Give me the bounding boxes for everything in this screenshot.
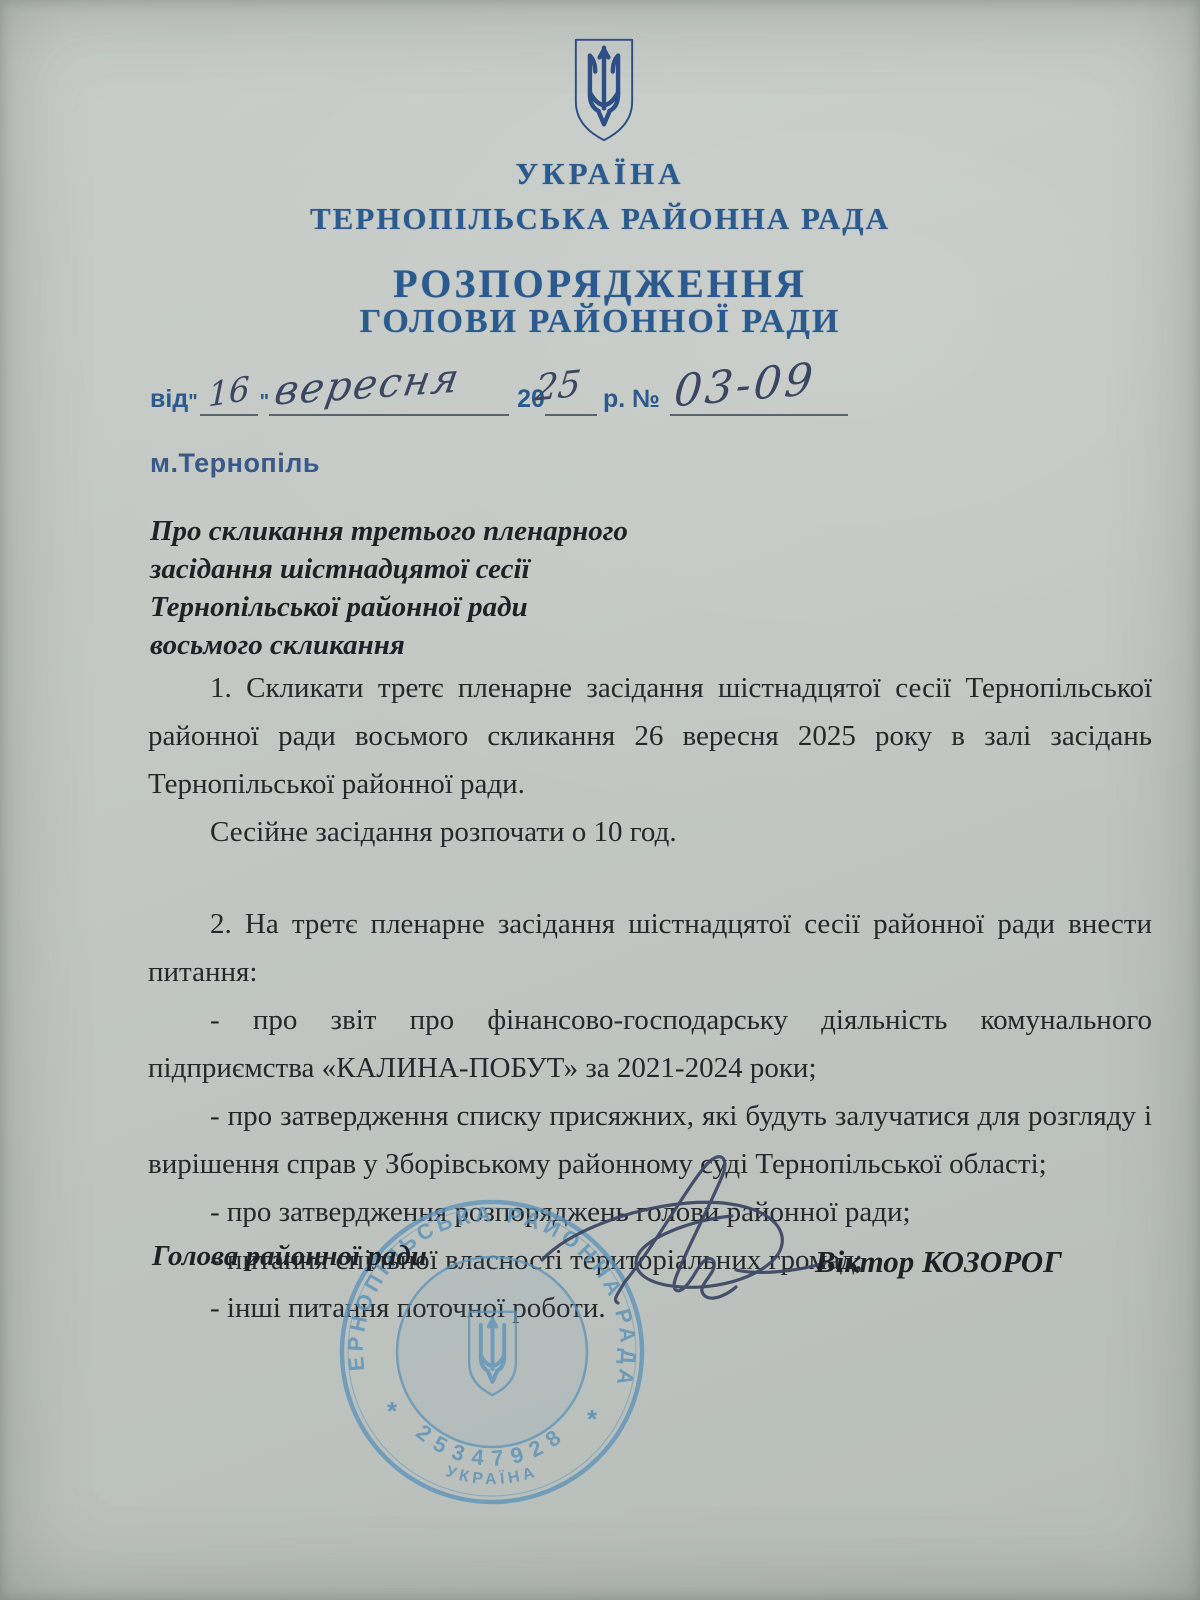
subject-line: восьмого скликання <box>150 626 790 664</box>
subject-line: Про скликання третього пленарного <box>150 512 790 550</box>
paragraph-1: 1. Скликати третє пленарне засідання шіс… <box>148 664 1152 808</box>
stamp-left-star: * <box>387 1396 398 1426</box>
signature-scribble <box>520 1148 830 1338</box>
doc-type-title: РОЗПОРЯДЖЕННЯ <box>0 260 1200 307</box>
handwritten-number: 03-09 <box>672 354 818 418</box>
year-blank: 25 <box>545 380 597 416</box>
handwritten-month: вересня <box>271 355 464 415</box>
signatory-title: Голова районної ради <box>152 1240 427 1273</box>
number-prefix-label: р. № <box>603 385 660 416</box>
bullet-item: - про звіт про фінансово-господарську ді… <box>148 996 1152 1092</box>
city-label: м.Тернопіль <box>150 448 320 479</box>
handwritten-day: 16 <box>208 368 250 414</box>
day-blank: 16 <box>200 380 258 416</box>
svg-text:УКРАЇНА: УКРАЇНА <box>444 1463 541 1488</box>
header-council: ТЕРНОПІЛЬСЬКА РАЙОННА РАДА <box>0 201 1200 237</box>
scanned-document-page: УКРАЇНА ТЕРНОПІЛЬСЬКА РАЙОННА РАДА РОЗПО… <box>0 0 1200 1600</box>
number-blank: 03-09 <box>670 380 848 416</box>
subject-block: Про скликання третього пленарного засіда… <box>150 512 790 664</box>
subject-line: засідання шістнадцятої сесії <box>150 550 790 588</box>
date-prefix-label: від <box>150 385 188 416</box>
doc-subtitle: ГОЛОВИ РАЙОННОЇ РАДИ <box>0 303 1200 341</box>
quote-open: " <box>188 391 197 416</box>
handwritten-year: 25 <box>533 363 583 409</box>
subject-line: Тернопільської районної ради <box>150 588 790 626</box>
date-number-line: від " 16 " вересня 20 25 р. № 03-09 <box>150 380 848 416</box>
ukraine-trident-emblem-icon <box>560 30 648 150</box>
header-country: УКРАЇНА <box>0 156 1200 192</box>
signatory-name: Віктор КОЗОРОГ <box>815 1244 1062 1280</box>
quote-close: " <box>260 391 269 416</box>
paragraph-1b: Сесійне засідання розпочати о 10 год. <box>148 808 1152 856</box>
month-blank: вересня <box>269 380 509 416</box>
stamp-right-star: * <box>587 1404 598 1434</box>
paragraph-2: 2. На третє пленарне засідання шістнадця… <box>148 900 1152 996</box>
stamp-country: УКРАЇНА <box>444 1463 541 1488</box>
